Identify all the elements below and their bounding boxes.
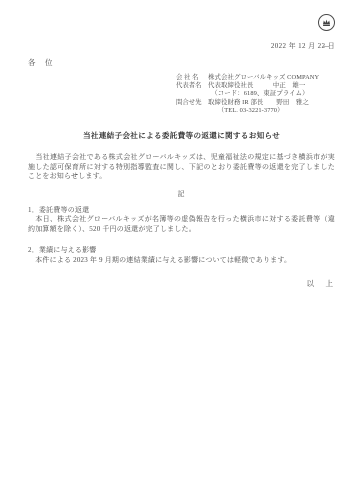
company-info-row: （コード：6189、東証プライム） — [176, 90, 335, 98]
section-heading: 2．業績に与える影響 — [28, 246, 335, 256]
company-info-value: （TEL. 03-3221-3770） — [208, 107, 284, 115]
section-heading: 1．委託費等の返還 — [28, 206, 335, 216]
document-page: 2022 年 12 月 22 日 各 位 会 社 名 株式会社グローバルキッズ … — [0, 0, 362, 500]
crown-icon — [318, 14, 335, 31]
company-info-row: （TEL. 03-3221-3770） — [176, 107, 335, 115]
section-1: 1．委託費等の返還 本日、株式会社グローバルキッズが名簿等の虚偽報告を行った横浜… — [28, 206, 335, 234]
company-info-label: 問合せ先 — [176, 99, 208, 107]
company-info-value: 取締役財務 IR 部長 野田 雅之 — [208, 99, 309, 107]
addressee: 各 位 — [28, 57, 335, 68]
section-body: 本件による 2023 年 9 月期の連結業績に与える影響については軽微であります… — [28, 256, 335, 265]
record-marker: 記 — [28, 189, 335, 199]
company-info-row: 会 社 名 株式会社グローバルキッズ COMPANY — [176, 74, 335, 82]
company-info-label — [176, 90, 208, 98]
company-info-label — [176, 107, 208, 115]
logo-caption — [316, 34, 336, 37]
intro-paragraph: 当社連結子会社である株式会社グローバルキッズは、児童福祉法の規定に基づき横浜市が… — [28, 153, 335, 182]
company-info-label: 代表者名 — [176, 82, 208, 90]
company-info-label: 会 社 名 — [176, 74, 208, 82]
section-2: 2．業績に与える影響 本件による 2023 年 9 月期の連結業績に与える影響に… — [28, 246, 335, 265]
closing-mark: 以 上 — [28, 278, 335, 289]
company-info-row: 問合せ先 取締役財務 IR 部長 野田 雅之 — [176, 99, 335, 107]
company-info-block: 会 社 名 株式会社グローバルキッズ COMPANY 代表者名 代表取締役社長 … — [176, 74, 335, 115]
document-date: 2022 年 12 月 22 日 — [28, 41, 335, 51]
document-title: 当社連結子会社による委託費等の返還に関するお知らせ — [28, 130, 335, 141]
section-body: 本日、株式会社グローバルキッズが名簿等の虚偽報告を行った横浜市に対する委託費等（… — [28, 215, 335, 234]
company-info-value: （コード：6189、東証プライム） — [208, 90, 309, 98]
company-info-value: 株式会社グローバルキッズ COMPANY — [208, 74, 319, 82]
company-logo — [316, 14, 336, 37]
